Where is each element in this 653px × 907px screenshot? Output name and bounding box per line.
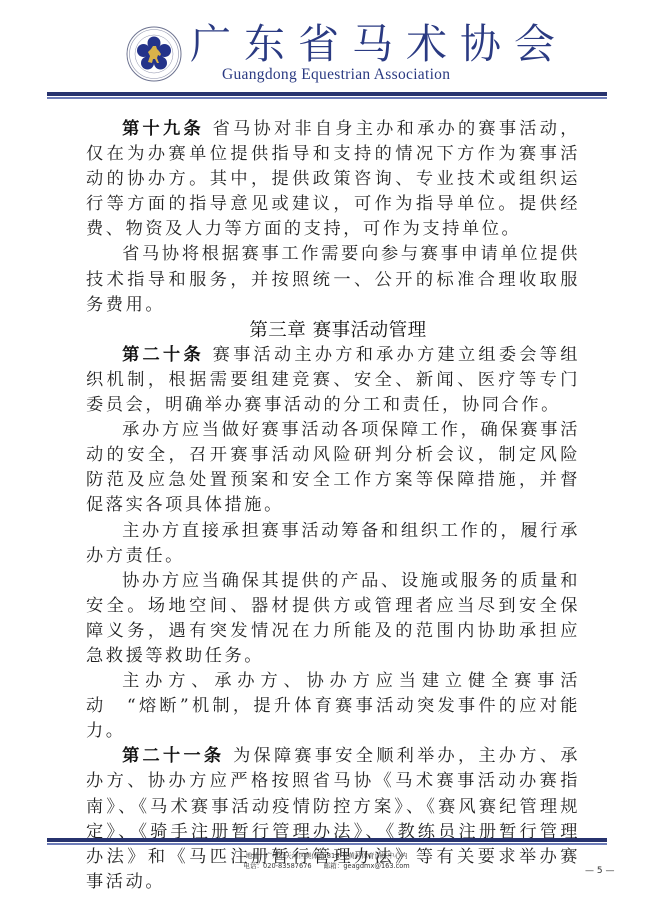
paragraph: 省马协将根据赛事工作需要向参与赛事申请单位提供技术指导和服务，并按照统一、公开的… (86, 242, 580, 317)
footer-divider (47, 838, 607, 845)
letterhead: 广东省马术协会 Guangdong Equestrian Association (0, 0, 653, 86)
paragraph: 主办方直接承担赛事活动筹备和组织工作的，履行承办方责任。 (86, 519, 580, 569)
footer-contact: 地址：广州市天河区奥体路 818 号黄村体育训练中心内 电话：020-83587… (0, 851, 653, 871)
chapter-heading: 第三章 赛事活动管理 (86, 318, 580, 343)
paragraph-article-20: 第二十条 赛事活动主办方和承办方建立组委会等组织机制，根据需要组建竞赛、安全、新… (86, 343, 580, 418)
document-body: 第十九条 省马协对非自身主办和承办的赛事活动，仅在为办赛单位提供指导和支持的情况… (86, 117, 580, 895)
paragraph: 主办方、承办方、协办方应当建立健全赛事活动 “熔断”机制，提升体育赛事活动突发事… (86, 669, 580, 744)
footer-email: 邮箱：geagdmx@163.com (324, 861, 410, 871)
paragraph-article-21: 第二十一条 为保障赛事安全顺利举办，主办方、承办方、协办方应严格按照省马协《马术… (86, 744, 580, 895)
article-label: 第二十一条 (122, 746, 224, 766)
page-number: — 5 — (585, 866, 614, 876)
footer-phone: 电话：020-83587676 (243, 861, 311, 871)
header-divider (47, 92, 607, 99)
association-emblem-icon (126, 26, 182, 82)
org-name-en: Guangdong Equestrian Association (222, 66, 450, 84)
footer-contact-line: 电话：020-83587676邮箱：geagdmx@163.com (0, 861, 653, 871)
org-name-cn: 广东省马术协会 (190, 22, 568, 66)
paragraph-article-19: 第十九条 省马协对非自身主办和承办的赛事活动，仅在为办赛单位提供指导和支持的情况… (86, 117, 580, 242)
footer-address: 地址：广州市天河区奥体路 818 号黄村体育训练中心内 (0, 851, 653, 861)
article-label: 第十九条 (122, 119, 204, 139)
paragraph: 协办方应当确保其提供的产品、设施或服务的质量和安全。场地空间、器材提供方或管理者… (86, 569, 580, 669)
article-label: 第二十条 (122, 345, 204, 365)
paragraph: 承办方应当做好赛事活动各项保障工作，确保赛事活动的安全，召开赛事活动风险研判分析… (86, 418, 580, 518)
